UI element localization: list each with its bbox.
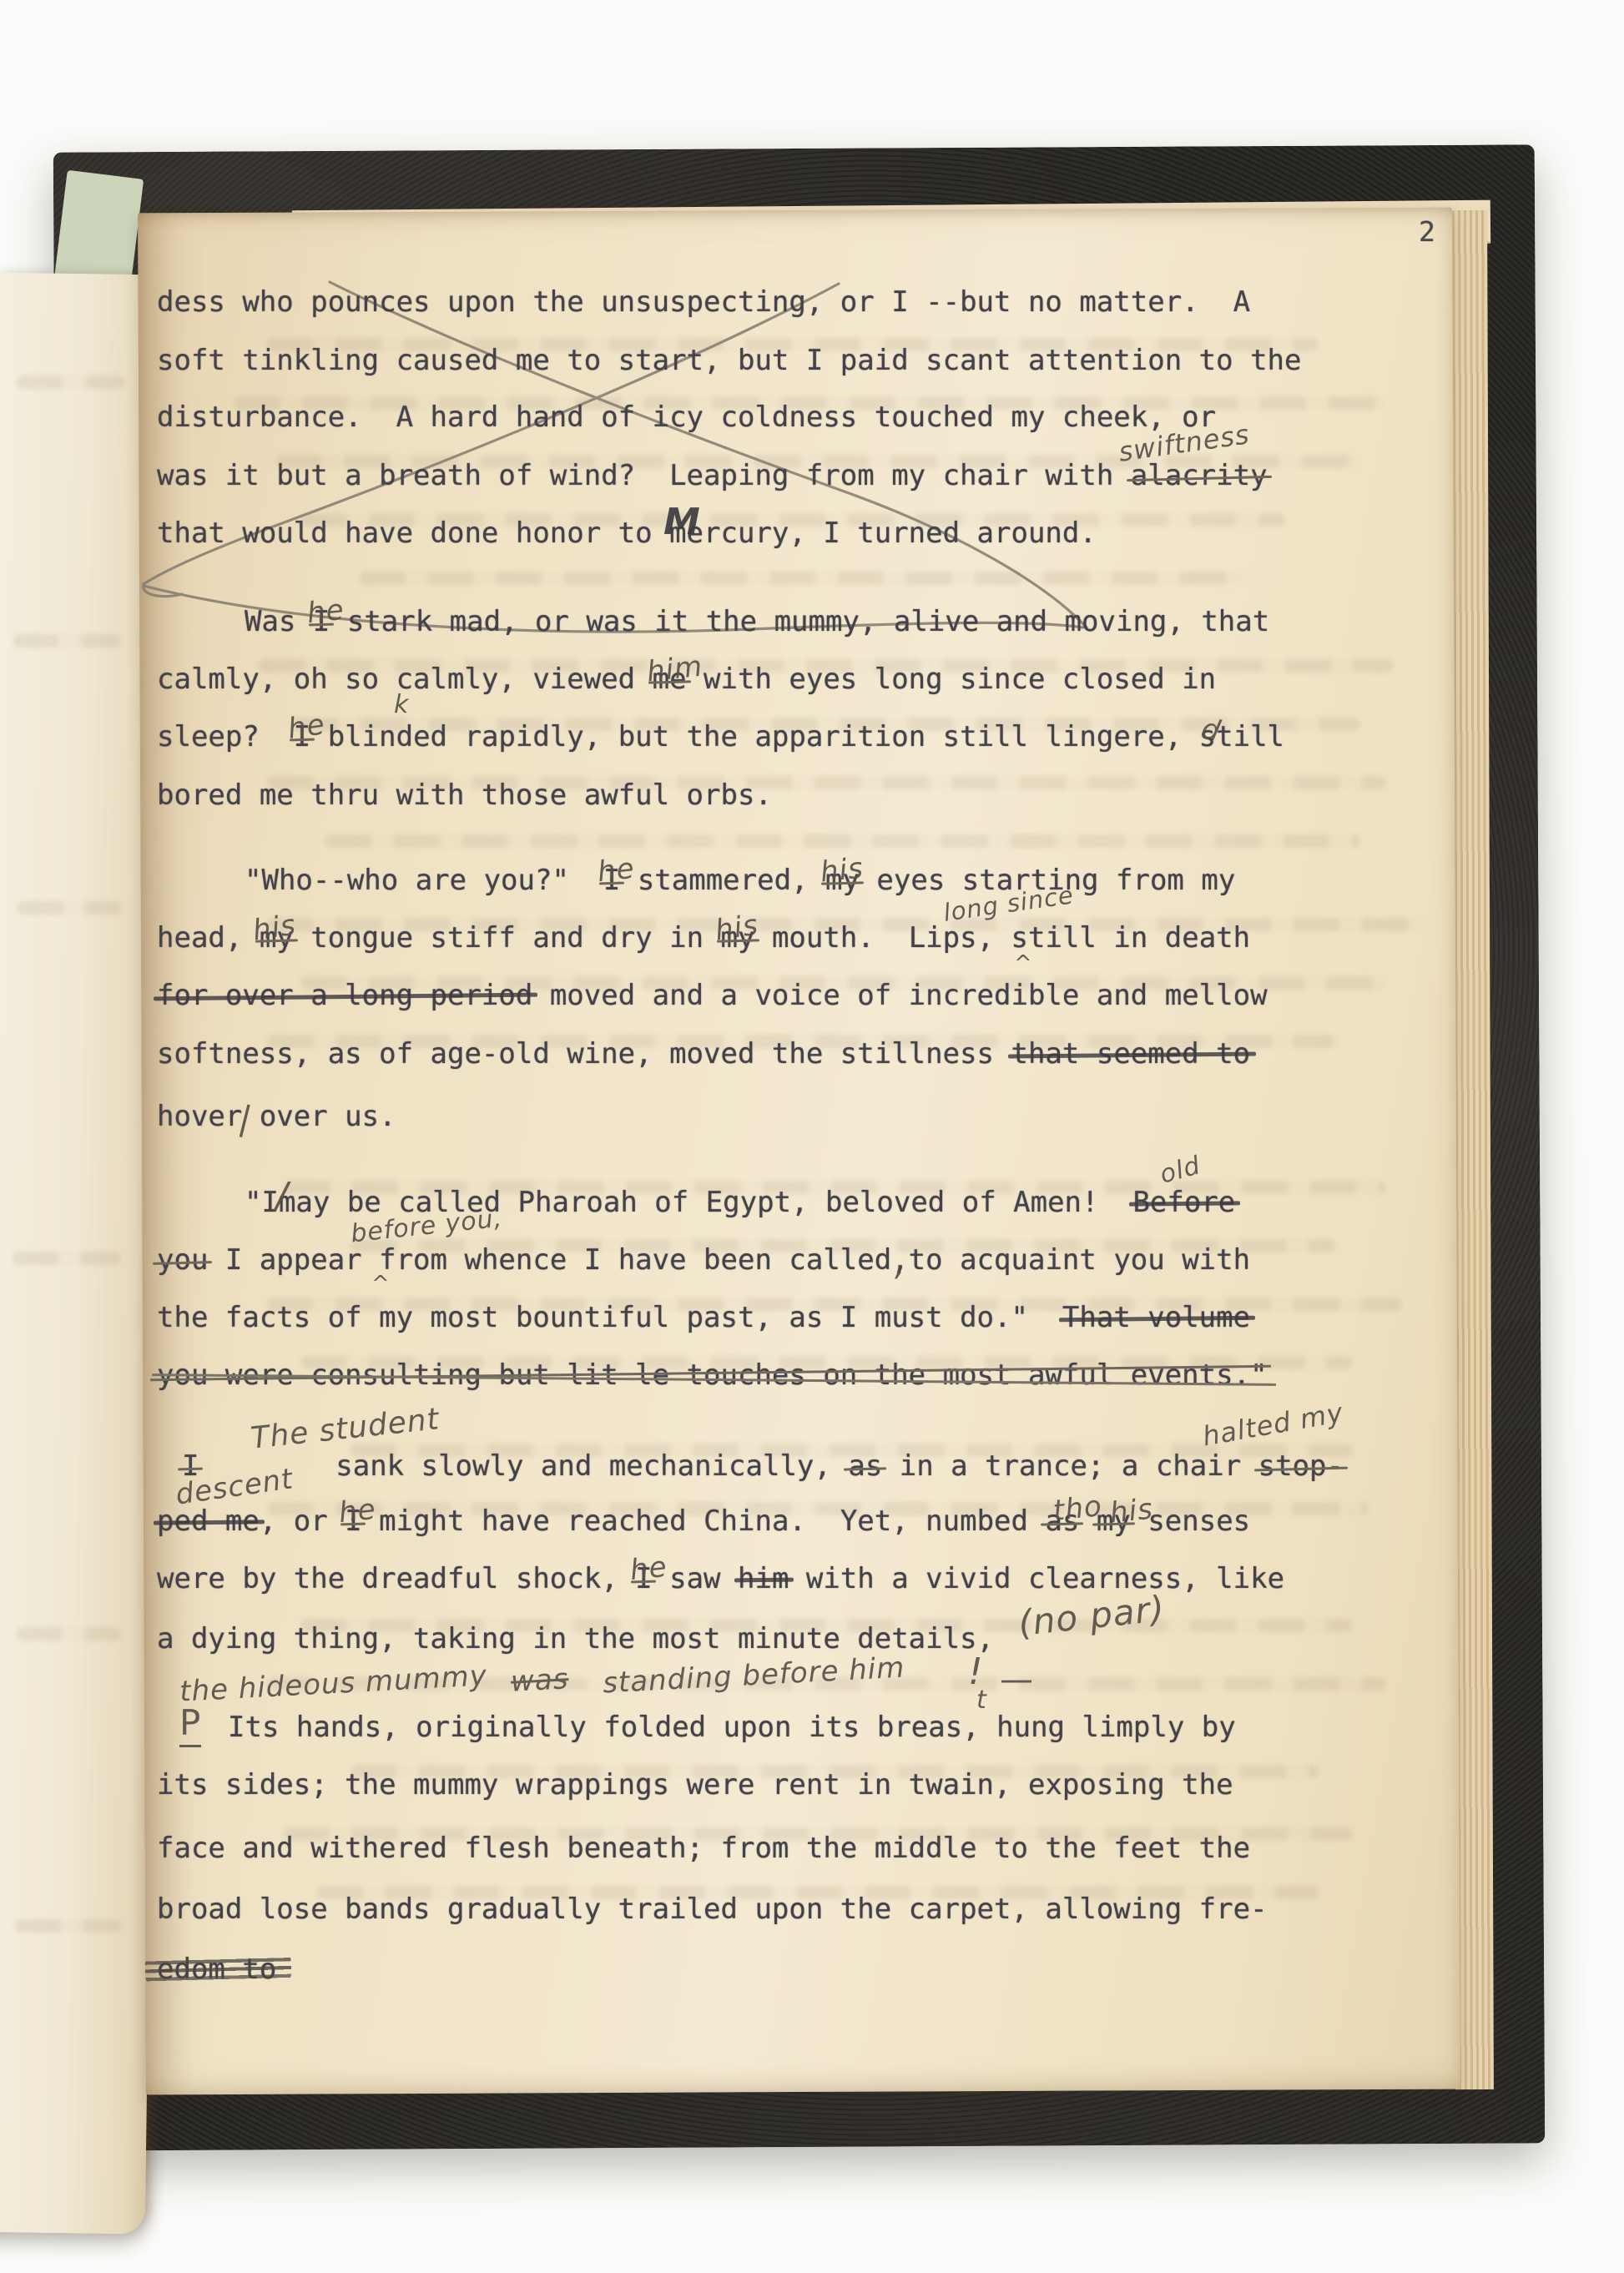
handwritten-annotation: tho: [1052, 1489, 1104, 1528]
handwritten-annotation: halted my: [1200, 1396, 1346, 1452]
handwritten-annotation: t: [976, 1686, 987, 1715]
handwritten-annotation: the hideous mummy: [179, 1659, 488, 1708]
handwritten-annotation: M: [663, 501, 701, 543]
handwritten-annotation: ,: [895, 1245, 906, 1283]
handwritten-annotation: P: [179, 1702, 201, 1747]
handwritten-annotation: his: [1108, 1492, 1155, 1530]
handwritten-annotation: d: [1198, 712, 1223, 748]
handwritten-annotation: ^: [1014, 951, 1033, 976]
handwritten-annotation: |: [235, 1099, 256, 1139]
handwritten-annotation: ^: [371, 1272, 391, 1297]
handwritten-annotation: he: [305, 593, 345, 630]
handwritten-annotation: he: [628, 1550, 668, 1587]
handwritten-annotation: before you,: [350, 1204, 504, 1249]
handwritten-annotation: his: [250, 909, 298, 948]
handwritten-annotation: his: [819, 851, 865, 889]
handwritten-annotation: descent: [174, 1462, 295, 1511]
handwritten-annotation: he: [285, 708, 327, 746]
handwritten-annotation: long since: [941, 880, 1075, 927]
handwritten-annotation: The student: [249, 1402, 441, 1456]
handwritten-annotation: standing before him: [602, 1651, 905, 1701]
manuscript-photo: 2 dess who pounces upon the unsuspecting…: [0, 0, 1624, 2273]
handwritten-annotation: k: [394, 690, 409, 719]
handwritten-annotation: /: [275, 1175, 289, 1217]
handwritten-annotation: old: [1157, 1151, 1203, 1189]
handwritten-annotation: his: [713, 909, 760, 948]
handwriting-layer: swiftnessMhehimhekdhehishishislong since…: [0, 0, 1624, 2273]
handwritten-annotation: —: [1000, 1661, 1034, 1699]
handwritten-annotation: (no par): [1016, 1588, 1167, 1644]
handwritten-annotation: swiftness: [1117, 418, 1252, 468]
handwritten-annotation: him: [645, 650, 704, 689]
handwritten-annotation: he: [596, 852, 636, 889]
handwritten-annotation: he: [337, 1493, 377, 1530]
handwritten-annotation: was: [510, 1662, 569, 1699]
